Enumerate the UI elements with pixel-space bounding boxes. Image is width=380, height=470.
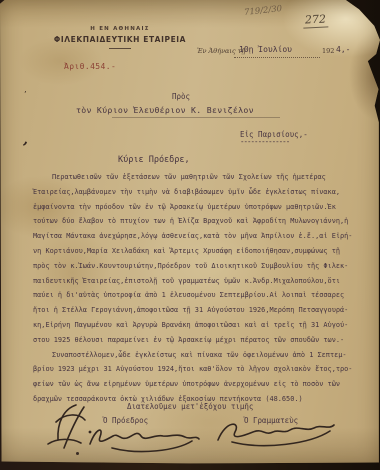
body-line: Ἑταιρείας,λαμβάνομεν τὴν τιμὴν νὰ διαβιβ… <box>33 185 355 200</box>
dateline-printed-year: 192 <box>322 47 334 55</box>
letterhead: Η ΕΝ ΑΘΗΝΑΙΣ ΦΙΛΕΚΠΑΙΔΕΥΤΙΚΗ ΕΤΑΙΡΕΙΑ <box>40 26 200 49</box>
body-line: Μαγίτσα Μάντακα ἀνεχώρησε,λόγῳ ἀσθενείας… <box>33 229 355 244</box>
body-line: Περατωθεισῶν τῶν ἐξετάσεων τῶν μαθητριῶν… <box>33 170 355 185</box>
president-signature <box>84 420 202 458</box>
dateline-typed-year-suffix: 4,- <box>336 45 350 54</box>
body-line: φείων τῶν ὡς ἄνω εἰρημένων ὑμετέρων ὑποτ… <box>33 377 355 392</box>
letter-body: Περατωθεισῶν τῶν ἐξετάσεων τῶν μαθητριῶν… <box>33 170 355 407</box>
body-line: ἤτοι ἡ Στέλλα Γερογιάννη,ἀποφοιτῶσα τῇ 3… <box>33 303 355 318</box>
dateline-dotted-rule <box>234 56 320 58</box>
dateline-printed-prefix: Ἐν Ἀθήναις τῇ <box>197 47 245 55</box>
body-line: πρὸς τὸν κ.Ἰωάν.Κουντουριώτην,Πρόεδρον τ… <box>33 259 355 274</box>
pencil-page-number: 272 <box>303 12 329 28</box>
body-line: ἐμφαίνοντα τὴν πρόοδον τῶν ἐν τῷ Ἀρσακεί… <box>33 200 355 215</box>
body-line: στου 1925 θέλουσι παραμείνει ἐν τῷ Ἀρσακ… <box>33 333 355 348</box>
body-line: νη Κορτιάνου,Μαρία Χειλαδάκη καὶ Ἄρτεμις… <box>33 244 355 259</box>
recipient-to-label: Πρὸς <box>172 92 190 101</box>
closing-formula: Διατελοῦμεν μετ'ἐξόχου τιμῆς <box>127 402 253 411</box>
ink-dot <box>76 452 79 455</box>
letterhead-society-name: ΦΙΛΕΚΠΑΙΔΕΥΤΙΚΗ ΕΤΑΙΡΕΙΑ <box>40 35 200 44</box>
letterhead-city-line: Η ΕΝ ΑΘΗΝΑΙΣ <box>40 26 200 32</box>
letter-page: 719/2/30 272 Η ΕΝ ΑΘΗΝΑΙΣ ΦΙΛΕΚΠΑΙΔΕΥΤΙΚ… <box>0 0 380 470</box>
body-line: παιδευτικῆς Ἑταιρείας,ἐπιστολῇ τοῦ γραμμ… <box>33 274 355 289</box>
salutation: Κύριε Πρόεδρε, <box>118 155 190 165</box>
pen-tick-mark: ’ <box>24 90 27 99</box>
body-line: Συναποστέλλομεν,ὧδε ἐγκλείστως καὶ πίνακ… <box>33 348 355 363</box>
dateline-typed-date: 10ῃ Ἰουλίου <box>239 45 292 54</box>
letterhead-rule <box>109 48 131 49</box>
recipient-name: τὸν Κύριον Ἐλευθέριον Κ. Βενιζέλον <box>76 105 254 115</box>
body-line: παύει ἡ δι'αὐτὰς ὑποτροφία ἀπὸ 1 ἐλευσομ… <box>33 288 355 303</box>
pen-flourish-mark: , <box>22 132 31 149</box>
pencil-archive-reference: 719/2/30 <box>244 4 283 18</box>
scanned-letter-background: { "annotations": { "ref_number": "719/2/… <box>0 0 380 470</box>
body-line: τούτων δύο ἔλαβον τὸ πτυχίον των ἡ Ἐλίζα… <box>33 214 355 229</box>
secretary-signature <box>212 414 338 450</box>
body-line: βρίου 1923 μέχρι 31 Αὐγούστου 1924,ἤτοι … <box>33 362 355 377</box>
recipient-location-dashes: -------------- <box>240 137 289 146</box>
protocol-number: Ἀριθ.454.- <box>64 62 116 71</box>
body-line: κη,Εἰρήνη Παγωμένου καὶ Ἀργυρὼ Βρανάκη ἀ… <box>33 318 355 333</box>
recipient-name-underline <box>112 117 280 118</box>
